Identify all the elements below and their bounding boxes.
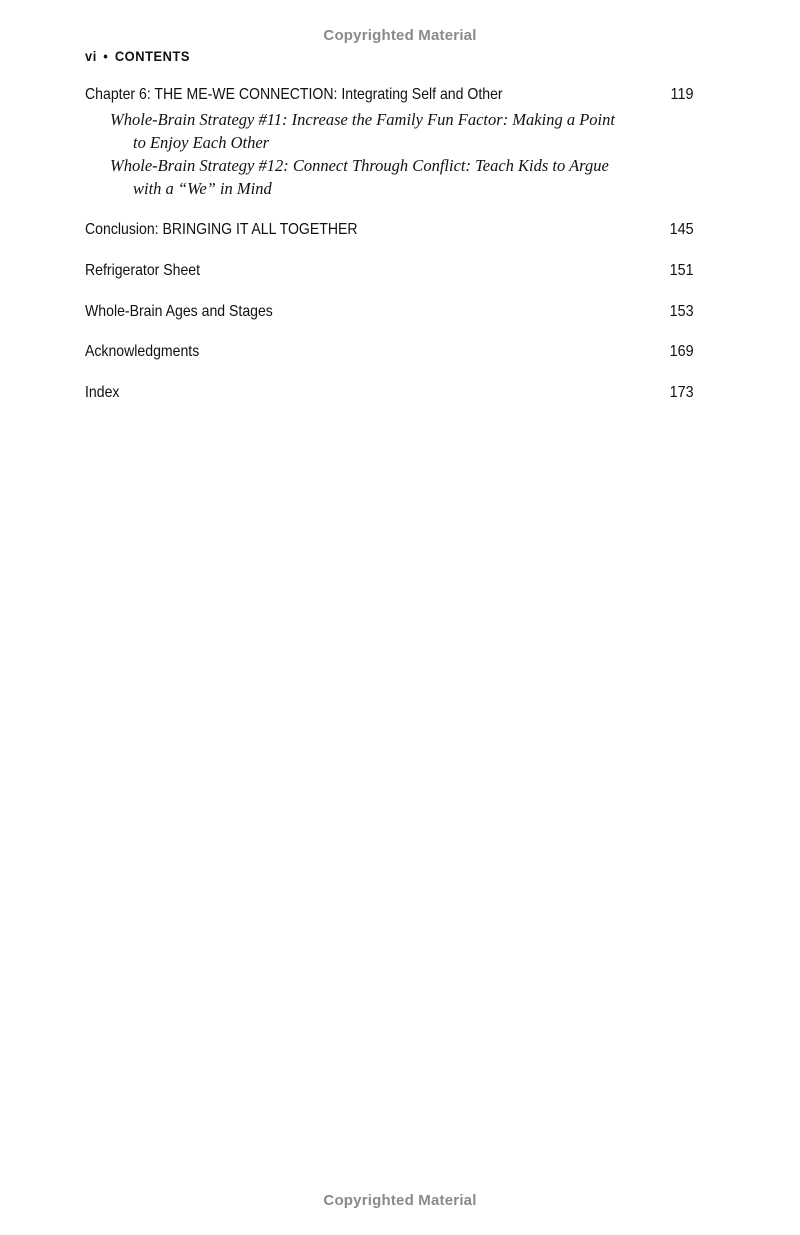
toc-entry-chapter-6: Chapter 6: THE ME-WE CONNECTION: Integra… (85, 86, 694, 104)
separator-dot: • (103, 48, 108, 64)
copyright-watermark-bottom: Copyrighted Material (0, 1192, 800, 1209)
toc-entry-title: Index (85, 384, 119, 402)
toc-subentry-strategy-11: Whole-Brain Strategy #11: Increase the F… (110, 108, 630, 154)
toc-entry-title: Chapter 6: THE ME-WE CONNECTION: Integra… (85, 86, 503, 104)
toc-entry-page: 169 (670, 343, 694, 361)
toc-entry-title: Conclusion: BRINGING IT ALL TOGETHER (85, 221, 358, 239)
page-numeral: vi (85, 48, 97, 64)
section-title: CONTENTS (115, 48, 190, 64)
toc-subentry-strategy-12: Whole-Brain Strategy #12: Connect Throug… (110, 154, 630, 200)
running-head: vi•CONTENTS (85, 48, 190, 64)
toc-entry-ages-and-stages: Whole-Brain Ages and Stages 153 (85, 303, 694, 321)
toc-entry-page: 119 (671, 86, 694, 104)
toc-entry-title: Whole-Brain Ages and Stages (85, 303, 273, 321)
toc-entry-index: Index 173 (85, 384, 694, 402)
toc-entry-title: Acknowledgments (85, 343, 199, 361)
toc-entry-page: 151 (670, 262, 694, 280)
toc-entry-page: 153 (670, 303, 694, 321)
toc-entry-title: Refrigerator Sheet (85, 262, 200, 280)
toc-entry-page: 173 (670, 384, 694, 402)
toc-entry-acknowledgments: Acknowledgments 169 (85, 343, 694, 361)
toc-entry-conclusion: Conclusion: BRINGING IT ALL TOGETHER 145 (85, 221, 694, 239)
copyright-watermark-top: Copyrighted Material (0, 27, 800, 44)
toc-entry-page: 145 (670, 221, 694, 239)
toc-entry-refrigerator-sheet: Refrigerator Sheet 151 (85, 262, 694, 280)
